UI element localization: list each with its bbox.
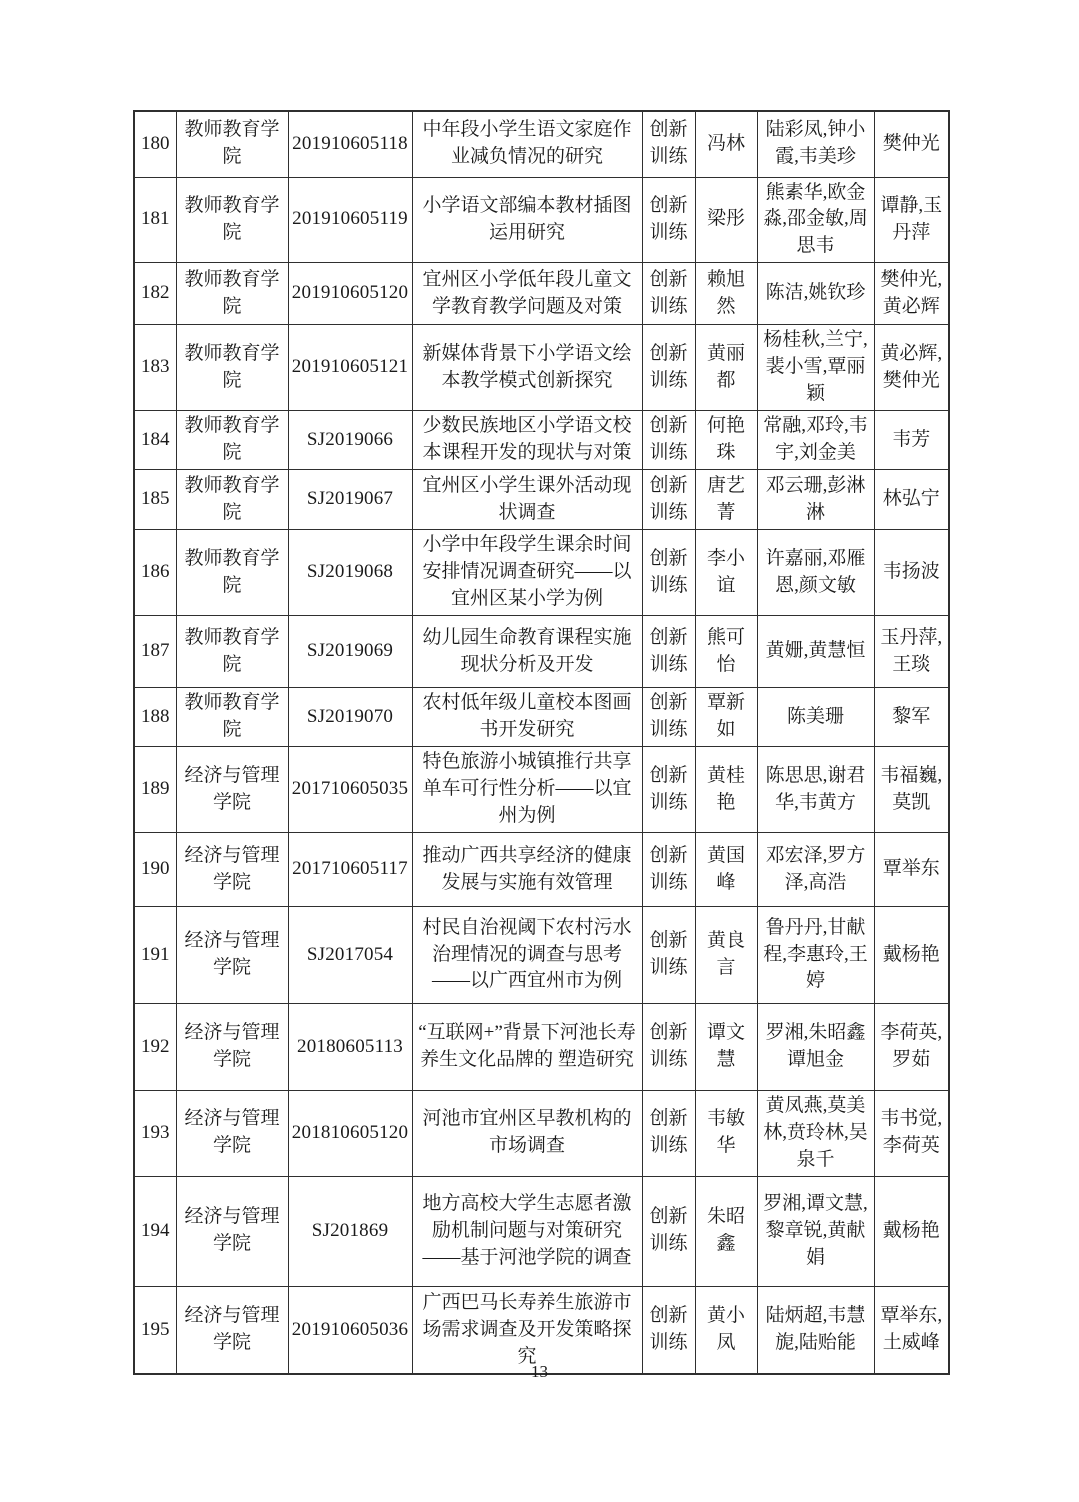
cell-row-number: 181 [134, 177, 176, 263]
cell-leader: 熊可怡 [695, 616, 757, 688]
table-row: 187 教师教育学院 SJ2019069 幼儿园生命教育课程实施现状分析及开发 … [134, 616, 949, 688]
page-number: 13 [0, 1362, 1079, 1382]
cell-project-type: 创新训练 [642, 688, 695, 747]
cell-members: 陈思思,谢君华,韦黄方 [757, 747, 874, 833]
cell-college: 经济与管理学院 [176, 1091, 288, 1177]
table-row: 190 经济与管理学院 201710605117 推动广西共享经济的健康发展与实… [134, 833, 949, 907]
cell-college: 经济与管理学院 [176, 1004, 288, 1091]
cell-members: 罗湘,谭文慧,黎章锐,黄献娟 [757, 1176, 874, 1286]
cell-advisor: 黎军 [874, 688, 949, 747]
cell-project-title: 地方高校大学生志愿者激励机制问题与对策研究——基于河池学院的调查 [412, 1176, 642, 1286]
cell-leader: 黄国峰 [695, 833, 757, 907]
cell-advisor: 韦芳 [874, 411, 949, 470]
cell-row-number: 180 [134, 111, 176, 177]
cell-row-number: 194 [134, 1176, 176, 1286]
cell-project-number: SJ2019066 [288, 411, 412, 470]
table-row: 191 经济与管理学院 SJ2017054 村民自治视阈下农村污水治理情况的调查… [134, 907, 949, 1004]
cell-leader: 韦敏华 [695, 1091, 757, 1177]
table-row: 180 教师教育学院 201910605118 中年段小学生语文家庭作业减负情况… [134, 111, 949, 177]
project-table-body: 180 教师教育学院 201910605118 中年段小学生语文家庭作业减负情况… [134, 111, 949, 1374]
cell-leader: 梁彤 [695, 177, 757, 263]
cell-row-number: 192 [134, 1004, 176, 1091]
cell-advisor: 黄必辉,樊仲光 [874, 325, 949, 411]
cell-project-type: 创新训练 [642, 907, 695, 1004]
cell-project-type: 创新训练 [642, 1176, 695, 1286]
cell-project-title: 幼儿园生命教育课程实施现状分析及开发 [412, 616, 642, 688]
cell-leader: 黄丽都 [695, 325, 757, 411]
cell-leader: 覃新如 [695, 688, 757, 747]
cell-leader: 黄良言 [695, 907, 757, 1004]
cell-members: 陆彩凤,钟小霞,韦美珍 [757, 111, 874, 177]
cell-project-type: 创新训练 [642, 263, 695, 325]
cell-advisor: 谭静,玉丹萍 [874, 177, 949, 263]
cell-leader: 黄桂艳 [695, 747, 757, 833]
cell-project-number: 201910605120 [288, 263, 412, 325]
cell-project-type: 创新训练 [642, 616, 695, 688]
cell-leader: 谭文慧 [695, 1004, 757, 1091]
table-row: 194 经济与管理学院 SJ201869 地方高校大学生志愿者激励机制问题与对策… [134, 1176, 949, 1286]
cell-leader: 何艳珠 [695, 411, 757, 470]
cell-members: 邓宏泽,罗方泽,高浩 [757, 833, 874, 907]
table-row: 186 教师教育学院 SJ2019068 小学中年段学生课余时间安排情况调查研究… [134, 530, 949, 616]
cell-college: 教师教育学院 [176, 616, 288, 688]
cell-project-number: 201710605117 [288, 833, 412, 907]
cell-project-title: 宜州区小学生课外活动现状调查 [412, 470, 642, 530]
table-row: 188 教师教育学院 SJ2019070 农村低年级儿童校本图画书开发研究 创新… [134, 688, 949, 747]
table-row: 185 教师教育学院 SJ2019067 宜州区小学生课外活动现状调查 创新训练… [134, 470, 949, 530]
cell-leader: 冯林 [695, 111, 757, 177]
cell-project-number: 201810605120 [288, 1091, 412, 1177]
cell-project-title: 河池市宜州区早教机构的市场调查 [412, 1091, 642, 1177]
cell-college: 教师教育学院 [176, 325, 288, 411]
table-row: 182 教师教育学院 201910605120 宜州区小学低年段儿童文学教育教学… [134, 263, 949, 325]
cell-project-type: 创新训练 [642, 111, 695, 177]
cell-project-number: SJ2019070 [288, 688, 412, 747]
cell-project-title: 少数民族地区小学语文校本课程开发的现状与对策 [412, 411, 642, 470]
cell-project-title: 小学语文部编本教材插图运用研究 [412, 177, 642, 263]
cell-project-number: 201910605121 [288, 325, 412, 411]
cell-members: 鲁丹丹,甘献程,李惠玲,王婷 [757, 907, 874, 1004]
cell-row-number: 187 [134, 616, 176, 688]
cell-advisor: 韦扬波 [874, 530, 949, 616]
table-row: 183 教师教育学院 201910605121 新媒体背景下小学语文绘本教学模式… [134, 325, 949, 411]
cell-advisor: 覃举东 [874, 833, 949, 907]
cell-leader: 赖旭然 [695, 263, 757, 325]
cell-project-number: 201910605119 [288, 177, 412, 263]
cell-project-type: 创新训练 [642, 530, 695, 616]
cell-college: 教师教育学院 [176, 263, 288, 325]
cell-advisor: 玉丹萍,王琰 [874, 616, 949, 688]
cell-project-title: 小学中年段学生课余时间安排情况调查研究——以宜州区某小学为例 [412, 530, 642, 616]
cell-college: 教师教育学院 [176, 111, 288, 177]
cell-project-title: 推动广西共享经济的健康发展与实施有效管理 [412, 833, 642, 907]
cell-leader: 朱昭鑫 [695, 1176, 757, 1286]
document-page: 180 教师教育学院 201910605118 中年段小学生语文家庭作业减负情况… [0, 0, 1079, 1502]
cell-row-number: 190 [134, 833, 176, 907]
table-row: 192 经济与管理学院 20180605113 “互联网+”背景下河池长寿养生文… [134, 1004, 949, 1091]
cell-project-number: 201910605118 [288, 111, 412, 177]
cell-row-number: 182 [134, 263, 176, 325]
cell-members: 罗湘,朱昭鑫 谭旭金 [757, 1004, 874, 1091]
cell-advisor: 戴杨艳 [874, 907, 949, 1004]
cell-college: 经济与管理学院 [176, 907, 288, 1004]
cell-project-type: 创新训练 [642, 1004, 695, 1091]
cell-project-title: 中年段小学生语文家庭作业减负情况的研究 [412, 111, 642, 177]
cell-row-number: 185 [134, 470, 176, 530]
cell-college: 教师教育学院 [176, 411, 288, 470]
cell-members: 许嘉丽,邓雁恩,颜文敏 [757, 530, 874, 616]
cell-members: 熊素华,欧金淼,邵金敏,周思韦 [757, 177, 874, 263]
cell-advisor: 樊仲光,黄必辉 [874, 263, 949, 325]
cell-college: 教师教育学院 [176, 470, 288, 530]
cell-row-number: 191 [134, 907, 176, 1004]
cell-project-title: 村民自治视阈下农村污水治理情况的调查与思考——以广西宜州市为例 [412, 907, 642, 1004]
cell-project-type: 创新训练 [642, 1091, 695, 1177]
cell-members: 黄姗,黄慧恒 [757, 616, 874, 688]
cell-row-number: 184 [134, 411, 176, 470]
cell-advisor: 李荷英,罗茹 [874, 1004, 949, 1091]
cell-leader: 唐艺菁 [695, 470, 757, 530]
cell-project-number: SJ2019069 [288, 616, 412, 688]
table-row: 181 教师教育学院 201910605119 小学语文部编本教材插图运用研究 … [134, 177, 949, 263]
table-row: 184 教师教育学院 SJ2019066 少数民族地区小学语文校本课程开发的现状… [134, 411, 949, 470]
cell-college: 教师教育学院 [176, 177, 288, 263]
table-row: 189 经济与管理学院 201710605035 特色旅游小城镇推行共享单车可行… [134, 747, 949, 833]
cell-project-number: SJ2017054 [288, 907, 412, 1004]
cell-college: 经济与管理学院 [176, 833, 288, 907]
project-list-table: 180 教师教育学院 201910605118 中年段小学生语文家庭作业减负情况… [133, 110, 950, 1375]
cell-members: 陈美珊 [757, 688, 874, 747]
cell-college: 经济与管理学院 [176, 747, 288, 833]
cell-college: 教师教育学院 [176, 688, 288, 747]
cell-members: 邓云珊,彭淋淋 [757, 470, 874, 530]
cell-members: 杨桂秋,兰宁,裴小雪,覃丽颖 [757, 325, 874, 411]
cell-leader: 李小谊 [695, 530, 757, 616]
cell-row-number: 186 [134, 530, 176, 616]
cell-row-number: 193 [134, 1091, 176, 1177]
cell-project-title: “互联网+”背景下河池长寿养生文化品牌的 塑造研究 [412, 1004, 642, 1091]
cell-row-number: 183 [134, 325, 176, 411]
cell-project-number: 20180605113 [288, 1004, 412, 1091]
cell-college: 教师教育学院 [176, 530, 288, 616]
cell-project-number: SJ201869 [288, 1176, 412, 1286]
cell-advisor: 韦书觉,李荷英 [874, 1091, 949, 1177]
cell-project-type: 创新训练 [642, 177, 695, 263]
cell-project-number: 201710605035 [288, 747, 412, 833]
cell-advisor: 樊仲光 [874, 111, 949, 177]
cell-project-title: 农村低年级儿童校本图画书开发研究 [412, 688, 642, 747]
cell-members: 陈洁,姚钦珍 [757, 263, 874, 325]
cell-advisor: 林弘宁 [874, 470, 949, 530]
cell-project-type: 创新训练 [642, 470, 695, 530]
cell-row-number: 188 [134, 688, 176, 747]
cell-project-title: 特色旅游小城镇推行共享单车可行性分析——以宜州为例 [412, 747, 642, 833]
cell-project-type: 创新训练 [642, 833, 695, 907]
cell-project-type: 创新训练 [642, 325, 695, 411]
cell-project-title: 新媒体背景下小学语文绘本教学模式创新探究 [412, 325, 642, 411]
cell-project-title: 宜州区小学低年段儿童文学教育教学问题及对策 [412, 263, 642, 325]
cell-advisor: 韦福巍,莫凯 [874, 747, 949, 833]
cell-members: 黄凤燕,莫美林,贲玲林,吴泉千 [757, 1091, 874, 1177]
table-row: 193 经济与管理学院 201810605120 河池市宜州区早教机构的市场调查… [134, 1091, 949, 1177]
cell-row-number: 189 [134, 747, 176, 833]
cell-project-number: SJ2019068 [288, 530, 412, 616]
cell-project-type: 创新训练 [642, 747, 695, 833]
cell-college: 经济与管理学院 [176, 1176, 288, 1286]
cell-project-type: 创新训练 [642, 411, 695, 470]
cell-project-number: SJ2019067 [288, 470, 412, 530]
cell-advisor: 戴杨艳 [874, 1176, 949, 1286]
cell-members: 常融,邓玲,韦宇,刘金美 [757, 411, 874, 470]
